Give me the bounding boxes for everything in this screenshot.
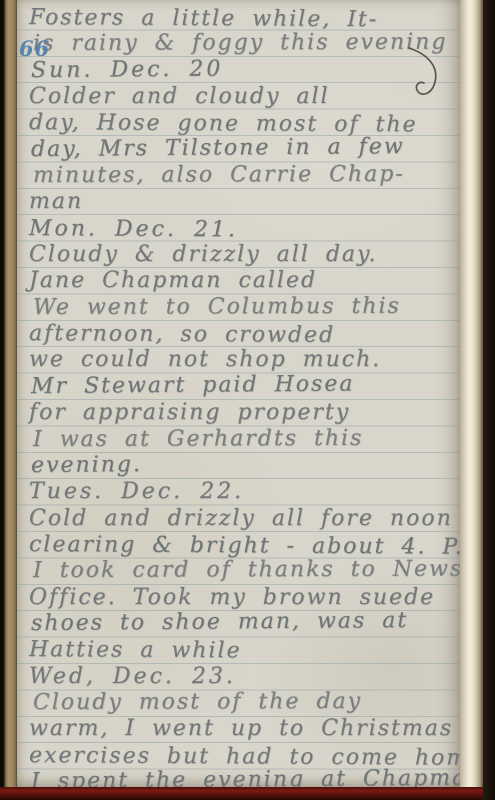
entry-date-line: Wed, Dec. 23. (29, 664, 461, 690)
handwriting-line: I took card of thanks to News (33, 557, 461, 585)
entry-date-line: Sun. Dec. 20 (31, 54, 461, 84)
handwriting-line: we could not shop much. (29, 347, 461, 373)
handwriting-line: is rainy & foggy this evening (33, 30, 461, 58)
handwriting-line: warm, I went up to Christmas (29, 716, 461, 742)
handwriting-line: Office. Took my brown suede (29, 585, 461, 611)
handwriting-line: for appraising property (29, 400, 461, 426)
handwriting-line: I spent the evening at Chapmans (31, 766, 461, 788)
book-binding-left-edge (0, 0, 17, 788)
handwriting-line: Colder and cloudy all (29, 84, 461, 110)
notebook-paper: Fosters a little while, It- is rainy & f… (16, 0, 461, 788)
handwriting-line: afternoon, so crowded (29, 321, 461, 350)
handwriting-line: evening. (31, 449, 461, 479)
page-stack-right-edge (460, 0, 484, 788)
scanned-diary-page: Fosters a little while, It- is rainy & f… (0, 0, 495, 800)
handwriting-block: Fosters a little while, It- is rainy & f… (16, 0, 461, 788)
book-cover-bottom-edge (0, 787, 483, 800)
handwriting-line: Cold and drizzly all fore noon (29, 506, 461, 532)
handwriting-line: minutes, also Carrie Chap- (33, 162, 461, 190)
handwriting-line: Jane Chapman called (29, 268, 461, 294)
ink-flourish-stroke (405, 44, 447, 112)
handwriting-line: I was at Gerhardts this (33, 425, 461, 453)
handwriting-line: Mr Stewart paid Hosea (31, 370, 461, 400)
book-cover-right-edge (483, 0, 495, 800)
handwriting-line: Hatties a while (29, 637, 461, 666)
handwriting-line: Cloudy most of the day (33, 688, 461, 716)
entry-date-line: Tues. Dec. 22. (29, 479, 461, 505)
handwriting-line: shoes to shoe man, was at (31, 607, 461, 637)
handwriting-line: man (29, 189, 461, 215)
handwriting-line: day, Mrs Tilstone in a few (31, 133, 461, 163)
handwriting-line: Cloudy & drizzly all day. (29, 242, 461, 268)
page-number: 66 (19, 36, 50, 61)
handwriting-line: We went to Columbus this (33, 293, 461, 321)
entry-date-line: Mon. Dec. 21. (29, 216, 461, 245)
